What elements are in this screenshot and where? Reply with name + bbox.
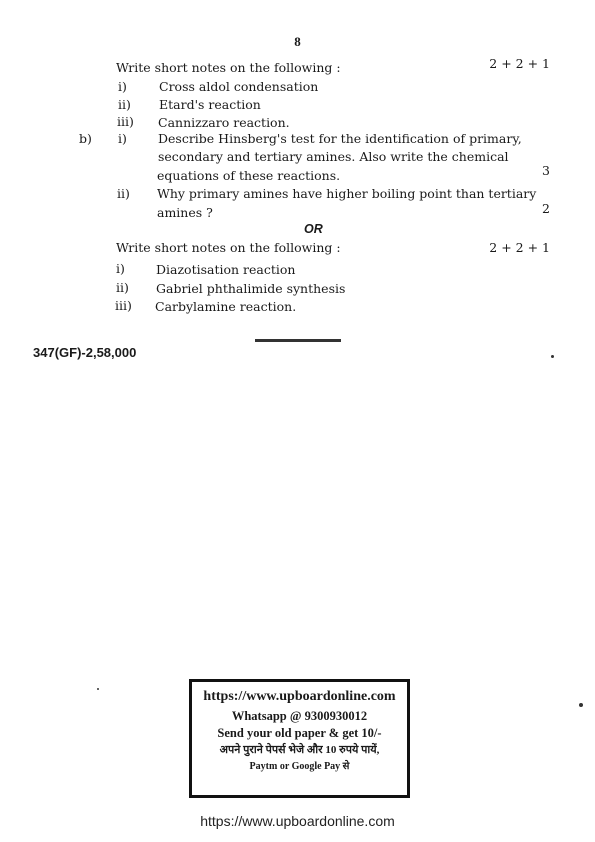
scan-speck [579,703,583,707]
promo-url[interactable]: https://www.upboardonline.com [192,688,407,707]
list-item-number: iii) [117,114,134,129]
list-item: Cannizzaro reaction. [158,115,290,130]
scan-speck [97,688,99,690]
question-number: i) [118,131,127,146]
promo-payment: Paytm or Google Pay से [192,760,407,774]
list-item-number: ii) [118,97,131,112]
promo-hindi: अपने पुराने पेपर्स भेजे और 10 रुपये पाये… [192,743,407,758]
section-a-instruction: Write short notes on the following : [116,60,341,75]
question-number: ii) [117,186,130,201]
promo-box: https://www.upboardonline.com Whatsapp @… [189,679,410,798]
or-divider: OR [304,222,323,236]
question-marks: 2 [500,201,550,216]
list-item-number: i) [118,79,127,94]
end-rule [255,339,341,342]
section-b-label: b) [79,131,92,146]
list-item: Etard's reaction [159,97,261,112]
list-item-number: ii) [116,280,129,295]
page-number: 8 [0,34,595,50]
question-text: Describe Hinsberg's test for the identif… [158,131,522,146]
scan-speck [551,355,554,358]
list-item: Carbylamine reaction. [155,299,296,314]
section-alt-instruction: Write short notes on the following : [116,240,341,255]
promo-whatsapp: Whatsapp @ 9300930012 [192,708,407,725]
paper-code: 347(GF)-2,58,000 [33,345,136,360]
footer-url[interactable]: https://www.upboardonline.com [0,813,595,829]
question-text: secondary and tertiary amines. Also writ… [158,149,509,164]
question-text: amines ? [157,205,213,220]
question-text: equations of these reactions. [157,168,340,183]
question-marks: 3 [500,163,550,178]
question-text: Why primary amines have higher boiling p… [157,186,536,201]
list-item-number: iii) [115,298,132,313]
list-item-number: i) [116,261,125,276]
list-item: Diazotisation reaction [156,262,295,277]
promo-offer: Send your old paper & get 10/- [192,725,407,742]
list-item: Gabriel phthalimide synthesis [156,281,345,296]
list-item: Cross aldol condensation [159,79,318,94]
section-alt-marks: 2 + 2 + 1 [470,240,550,255]
section-a-marks: 2 + 2 + 1 [470,56,550,71]
